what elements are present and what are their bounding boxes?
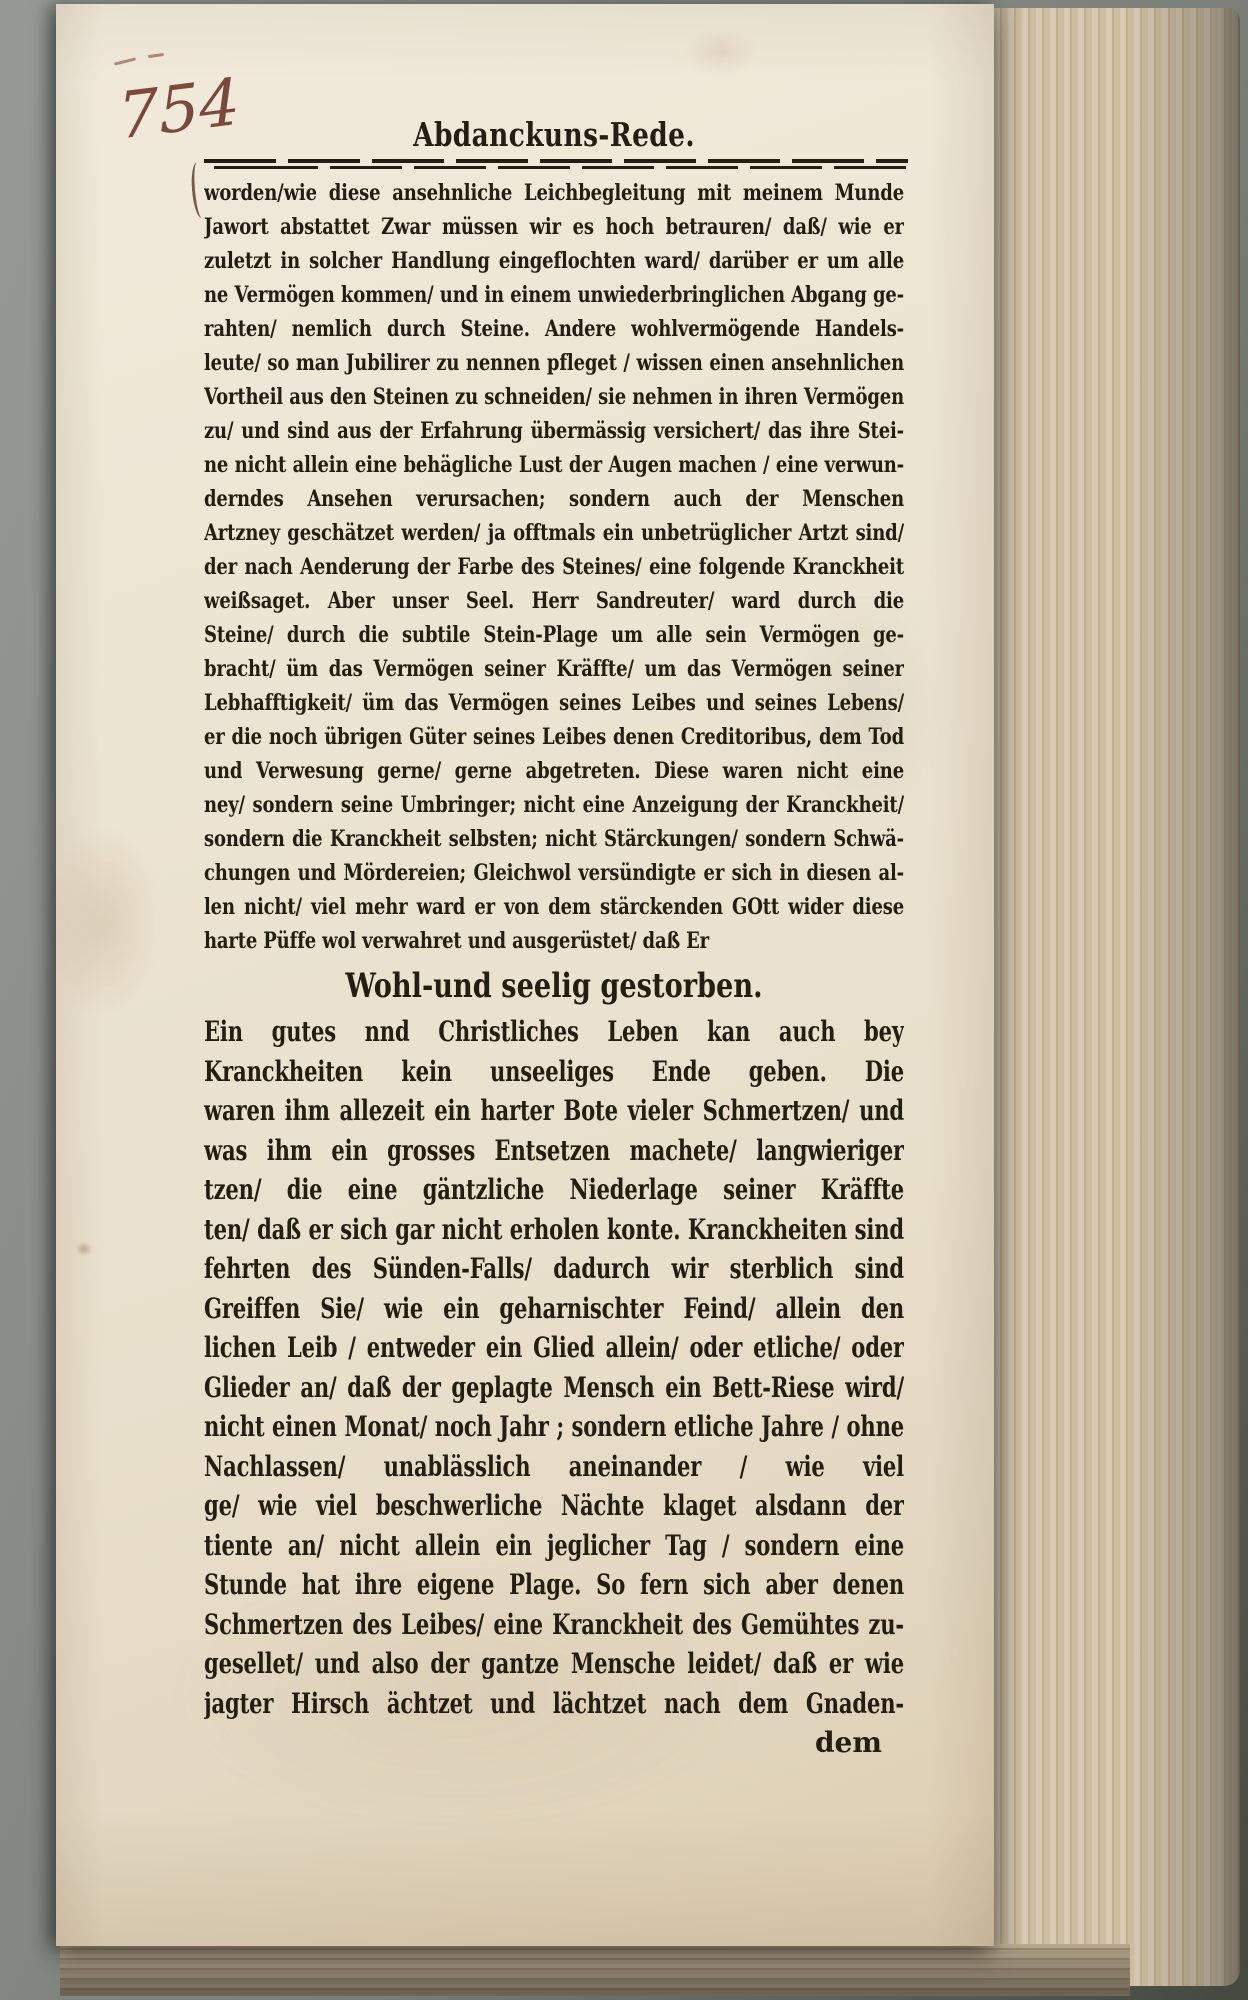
text-line: Greiffen Sie/ wie ein geharnischter Fein… (204, 1289, 904, 1329)
text-line: chungen und Mördereien; Gleichwol versün… (204, 856, 904, 890)
text-line: sondern die Kranckheit selbsten; nicht S… (204, 822, 904, 856)
text-line: Lebhafftigkeit/ üm das Vermögen seines L… (204, 686, 904, 720)
text-line: Kranckheiten kein unseeliges Ende geben.… (204, 1052, 904, 1092)
text-line: was ihm ein grosses Entsetzen machete/ l… (204, 1131, 904, 1171)
stain (686, 30, 756, 74)
text-line: Stunde hat ihre eigene Plage. So fern si… (204, 1565, 904, 1605)
text-line: len nicht/ viel mehr ward er von dem stä… (204, 890, 904, 924)
stain (48, 824, 160, 1019)
text-line: ge/ wie viel beschwerliche Nächte klaget… (204, 1486, 904, 1526)
text-line: Artzney geschätzet werden/ ja offtmals e… (204, 516, 904, 550)
text-line: leute/ so man Jubilirer zu nennen pflege… (204, 346, 904, 380)
catchword: dem (204, 1726, 904, 1759)
text-line: harte Püffe wol verwahret und ausgerüste… (204, 924, 904, 958)
text-line: rahten/ nemlich durch Steine. Andere woh… (204, 312, 904, 346)
text-line: Glieder an/ daß der geplagte Mensch ein … (204, 1368, 904, 1408)
text-line: zuletzt in solcher Handlung eingeflochte… (204, 244, 904, 278)
text-line: und Verwesung gerne/ gerne abgetreten. D… (204, 754, 904, 788)
text-line: tzen/ die eine gäntzliche Niederlage sei… (204, 1170, 904, 1210)
paragraph-2: Ein gutes nnd Christliches Leben kan auc… (204, 1012, 904, 1723)
text-line: Jawort abstattet Zwar müssen wir es hoch… (204, 210, 904, 244)
text-line: zu/ und sind aus der Erfahrung übermässi… (204, 414, 904, 448)
book-tail-edge (60, 1944, 1130, 1996)
book-fore-edge (994, 8, 1240, 1986)
text-line: nicht einen Monat/ noch Jahr ; sondern e… (204, 1407, 904, 1447)
text-block: Abdanckuns-Rede. worden/wie diese ansehn… (204, 112, 904, 1759)
text-line: Schmertzen des Leibes/ eine Kranckheit d… (204, 1605, 904, 1645)
text-line: jagter Hirsch ächtzet und lächtzet nach … (204, 1684, 904, 1724)
paragraph-1: worden/wie diese ansehnliche Leichbeglei… (204, 176, 904, 958)
text-line: Vortheil aus den Steinen zu schneiden/ s… (204, 380, 904, 414)
text-line: Steine/ durch die subtile Stein-Plage um… (204, 618, 904, 652)
text-line: lichen Leib / entweder ein Glied allein/… (204, 1328, 904, 1368)
text-line: ne nicht allein eine behägliche Lust der… (204, 448, 904, 482)
section-heading: Wohl-und seelig gestorben. (204, 964, 904, 1010)
text-line: waren ihm allezeit ein harter Bote viele… (204, 1091, 904, 1131)
head-rule-line (204, 159, 908, 163)
book-page: 754 Abdanckuns-Rede. worden/wie diese an… (56, 4, 994, 1946)
stain (76, 1242, 92, 1256)
text-line: Nachlassen/ unablässlich aneinander / wi… (204, 1447, 904, 1487)
head-rule (204, 159, 908, 169)
text-line: weißsaget. Aber unser Seel. Herr Sandreu… (204, 584, 904, 618)
text-line: ne Vermögen kommen/ und in einem unwiede… (204, 278, 904, 312)
text-line: fehrten des Sünden-Falls/ dadurch wir st… (204, 1249, 904, 1289)
text-line: worden/wie diese ansehnliche Leichbeglei… (204, 176, 904, 210)
running-head: Abdanckuns-Rede. (204, 112, 904, 158)
text-line: Ein gutes nnd Christliches Leben kan auc… (204, 1012, 904, 1052)
head-rule-line (204, 166, 908, 170)
text-line: er die noch übrigen Güter seines Leibes … (204, 720, 904, 754)
text-line: bracht/ üm das Vermögen seiner Kräffte/ … (204, 652, 904, 686)
text-line: ney/ sondern seine Umbringer; nicht eine… (204, 788, 904, 822)
photo-backdrop: 754 Abdanckuns-Rede. worden/wie diese an… (0, 0, 1248, 2000)
text-line: der nach Aenderung der Farbe des Steines… (204, 550, 904, 584)
text-line: derndes Ansehen verursachen; sondern auc… (204, 482, 904, 516)
text-line: tiente an/ nicht allein ein jeglicher Ta… (204, 1526, 904, 1566)
text-line: gesellet/ und also der gantze Mensche le… (204, 1644, 904, 1684)
text-line: ten/ daß er sich gar nicht erholen konte… (204, 1210, 904, 1250)
